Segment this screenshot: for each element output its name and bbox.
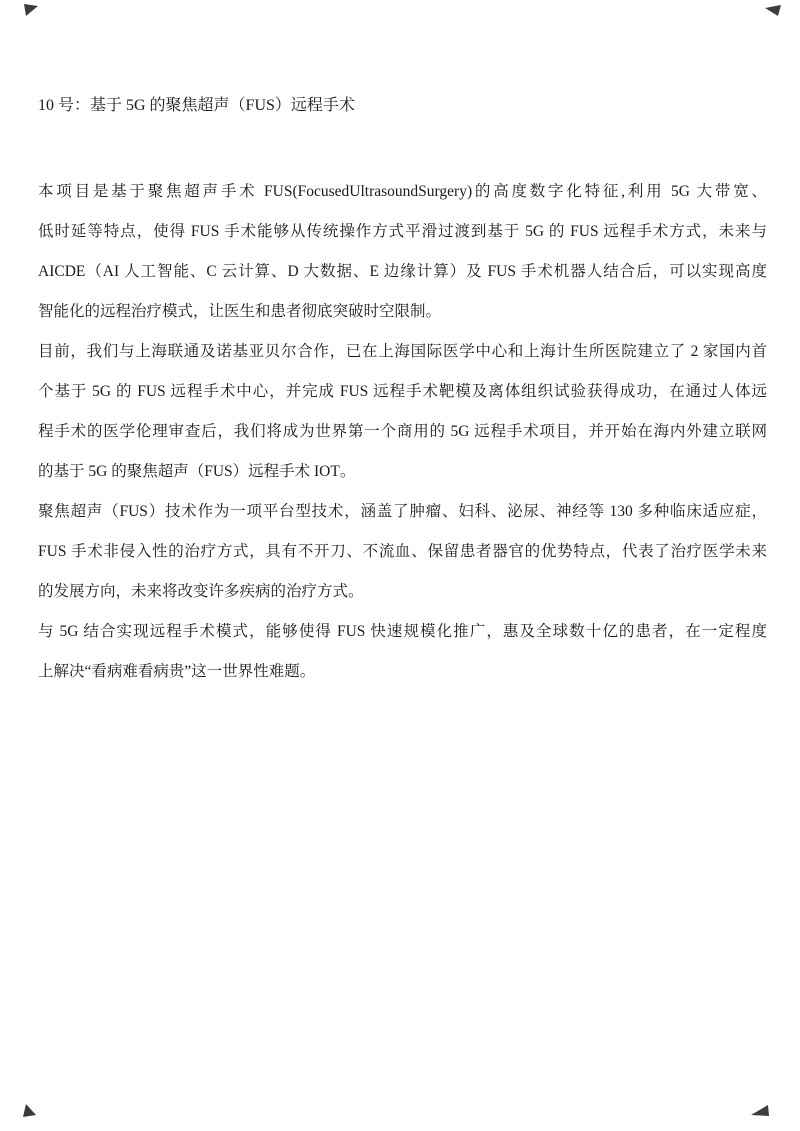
title-gap	[38, 126, 767, 172]
scan-artifact-top-right	[764, 4, 782, 17]
document-title: 10 号：基于 5G 的聚焦超声（FUS）远程手术	[38, 86, 767, 126]
text-line: 上解决“看病难看病贵”这一世界性难题。	[38, 652, 767, 692]
text-line: 目前，我们与上海联通及诺基亚贝尔合作，已在上海国际医学中心和上海计生所医院建立了…	[38, 332, 767, 372]
scan-artifact-top-left	[22, 3, 40, 17]
text-line: 程手术的医学伦理审查后，我们将成为世界第一个商用的 5G 远程手术项目，并开始在…	[38, 412, 767, 452]
document-content: 10 号：基于 5G 的聚焦超声（FUS）远程手术 本项目是基于聚焦超声手术 F…	[38, 86, 767, 692]
text-line: 的发展方向，未来将改变许多疾病的治疗方式。	[38, 572, 767, 612]
text-line: 的基于 5G 的聚焦超声（FUS）远程手术 IOT。	[38, 452, 767, 492]
document-page: 10 号：基于 5G 的聚焦超声（FUS）远程手术 本项目是基于聚焦超声手术 F…	[0, 0, 800, 1131]
text-line: 本项目是基于聚焦超声手术 FUS(FocusedUltrasoundSurger…	[38, 172, 767, 212]
text-line: 聚焦超声（FUS）技术作为一项平台型技术，涵盖了肿瘤、妇科、泌尿、神经等 130…	[38, 492, 767, 532]
text-line: 智能化的远程治疗模式，让医生和患者彻底突破时空限制。	[38, 292, 767, 332]
text-line: 与 5G 结合实现远程手术模式，能够使得 FUS 快速规模化推广，惠及全球数十亿…	[38, 612, 767, 652]
text-line: AICDE（AI 人工智能、C 云计算、D 大数据、E 边缘计算）及 FUS 手…	[38, 252, 767, 292]
text-line: 低时延等特点，使得 FUS 手术能够从传统操作方式平滑过渡到基于 5G 的 FU…	[38, 212, 767, 252]
text-line: 个基于 5G 的 FUS 远程手术中心，并完成 FUS 远程手术靶模及离体组织试…	[38, 372, 767, 412]
text-line: FUS 手术非侵入性的治疗方式，具有不开刀、不流血、保留患者器官的优势特点，代表…	[38, 532, 767, 572]
scan-artifact-bottom-right	[750, 1103, 770, 1117]
scan-artifact-bottom-left	[22, 1103, 38, 1119]
